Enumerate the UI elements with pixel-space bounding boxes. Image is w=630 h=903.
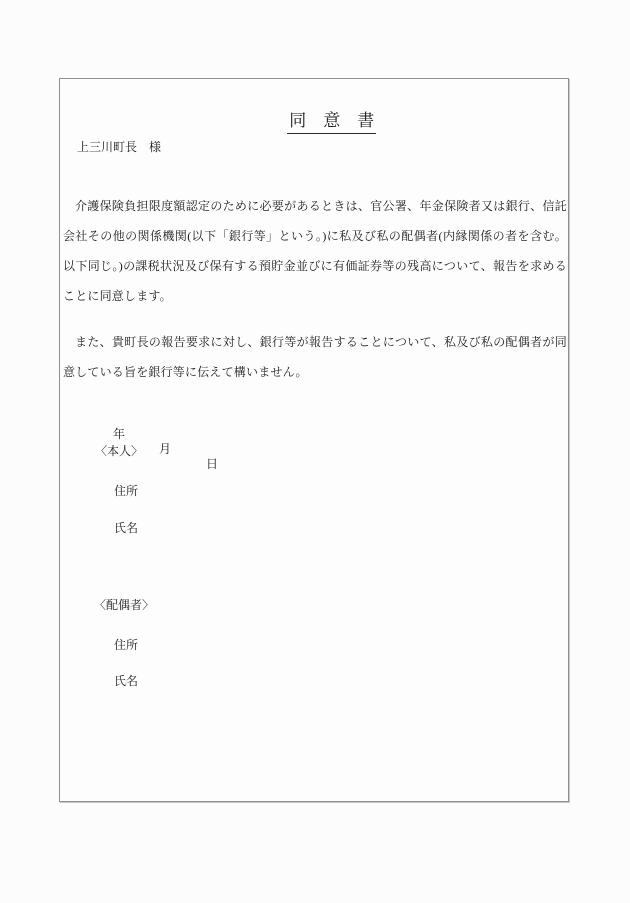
spouse-name-label: 氏名: [114, 674, 138, 688]
year-label: 年: [113, 428, 125, 441]
principal-address-label: 住所: [114, 484, 138, 498]
document-title-text: 同 意 書: [287, 111, 376, 134]
month-label: 月: [159, 443, 171, 456]
body-paragraph-consent: 介護保険負担限度額認定のために必要があるときは、官公署、年金保険者又は銀行、信託…: [63, 191, 567, 311]
document-border-frame: 同 意 書 上三川町長 様 介護保険負担限度額認定のために必要があるときは、官公…: [59, 78, 569, 802]
document-page: 同 意 書 上三川町長 様 介護保険負担限度額認定のために必要があるときは、官公…: [0, 0, 630, 903]
body-paragraph-notification: また、貴町長の報告要求に対し、銀行等が報告することについて、私及び私の配偶者が同…: [63, 327, 567, 387]
day-label: 日: [206, 458, 218, 471]
addressee-line: 上三川町長 様: [77, 139, 161, 155]
principal-section-label: 〈本人〉: [95, 444, 143, 458]
spouse-section-label: 〈配偶者〉: [94, 598, 154, 612]
spouse-address-label: 住所: [114, 638, 138, 652]
date-line: 年 月 日: [60, 413, 568, 427]
principal-name-label: 氏名: [114, 521, 138, 535]
